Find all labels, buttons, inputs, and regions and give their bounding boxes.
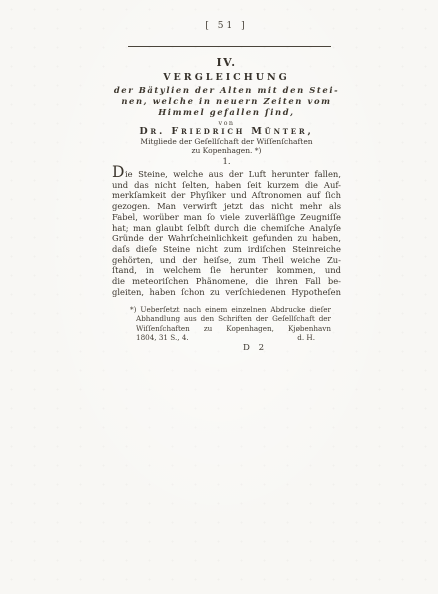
section-mark: 1. — [112, 157, 341, 167]
body-line: Die Steine, welche aus der Luft herunter… — [112, 169, 341, 180]
subtitle-line: nen, welche in neuern Zeiten vom — [112, 96, 341, 107]
article-subtitle: der Bätylien der Alten mit den Stei- nen… — [112, 85, 341, 118]
footnote-line: Wiſſenſchaften zu Kopenhagen, Kjøbenhavn — [130, 324, 331, 333]
drop-cap: D — [112, 163, 125, 181]
body-line: gleiten, haben ſchon zu verſchiedenen Hy… — [112, 287, 341, 298]
body-line: die meteoriſchen Phänomene, die ihren Fa… — [112, 276, 341, 287]
body-line-text: ie Steine, welche aus der Luft herunter … — [125, 169, 341, 179]
body-line: ſtand, in welchem ſie herunter kommen, u… — [112, 265, 341, 276]
footnote: *) Ueberſetzt nach einem einzelnen Abdru… — [130, 305, 331, 342]
footnote-attribution: d. H. — [297, 333, 315, 342]
body-line: hat; man glaubt ſelbſt durch die chemiſc… — [112, 223, 341, 234]
body-paragraph: Die Steine, welche aus der Luft herunter… — [112, 169, 341, 298]
body-line: und das nicht ſelten, haben ſeit kurzem … — [112, 180, 341, 191]
subtitle-line: Himmel gefallen ſind, — [112, 107, 341, 118]
header-rule — [128, 46, 331, 47]
article-title: VERGLEICHUNG — [112, 72, 341, 83]
body-line: gezogen. Man verwirft jetzt das nicht me… — [112, 201, 341, 212]
body-line: merkſamkeit der Phyſiker und Aſtronomen … — [112, 190, 341, 201]
affiliation-line: zu Kopenhagen. *) — [112, 146, 341, 155]
signature-mark: D 2 — [205, 343, 305, 353]
body-line: Fabel, worüber man ſo viele zuverläſſige… — [112, 212, 341, 223]
scanned-book-page: [ 51 ] IV. VERGLEICHUNG der Bätylien der… — [0, 0, 438, 594]
page-number: [ 51 ] — [112, 21, 341, 31]
body-line: gehörten, und der heiſse, zum Theil weic… — [112, 255, 341, 266]
body-line: Gründe der Wahrſcheinlichkeit gefunden z… — [112, 233, 341, 244]
subtitle-line: der Bätylien der Alten mit den Stei- — [112, 85, 341, 96]
affiliation-line: Mitgliede der Geſellſchaft der Wiſſenſch… — [112, 137, 341, 146]
footnote-line: Abhandlung aus den Schriften der Geſellſ… — [130, 314, 331, 323]
author-name: Dr. Friedrich Münter, — [112, 126, 341, 137]
author-affiliation: Mitgliede der Geſellſchaft der Wiſſenſch… — [112, 137, 341, 156]
footnote-citation: 1804, 31 S., 4. — [136, 333, 189, 342]
body-line: daſs dieſe Steine nicht zum irdiſchen St… — [112, 244, 341, 255]
chapter-number: IV. — [112, 56, 341, 69]
footnote-line: *) Ueberſetzt nach einem einzelnen Abdru… — [130, 305, 331, 314]
footnote-last-line: 1804, 31 S., 4. d. H. — [130, 333, 331, 342]
